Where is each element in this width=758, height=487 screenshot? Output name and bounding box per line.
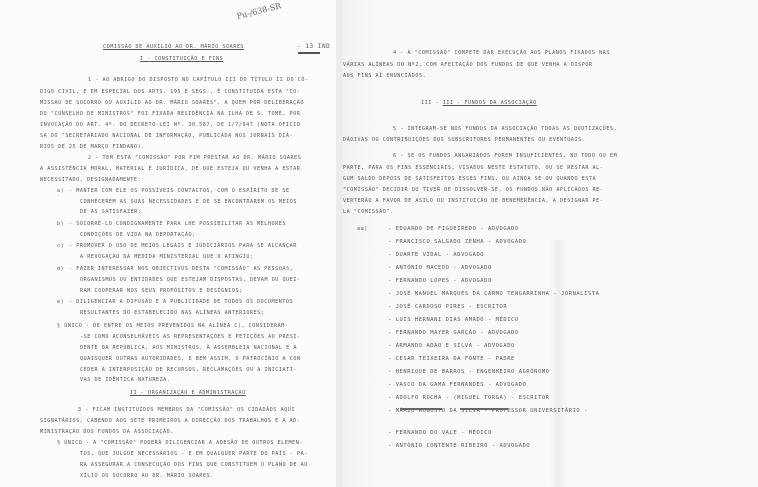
section-heading-2: II - ORGANIZAÇÃO E ADMINISTRAÇÃO bbox=[130, 390, 246, 397]
list-item: - LUIS HERNANI DIAS AMADO - MÉDICO bbox=[388, 317, 519, 323]
document-page-right: 4 - À "COMISSÃO" COMPETE DAR EXECUÇÃO AO… bbox=[343, 0, 758, 487]
list-item: - FERNANDO LOPES - ADVOGADO bbox=[388, 278, 492, 284]
list-item: - FERNANDO DO VALE - MÉDICO bbox=[388, 430, 492, 436]
list-item: - CESAR TEIXEIRA DA FONTE - PADRE bbox=[388, 356, 515, 362]
list-item: - EDUARDO DE FIGUEIREDO - ADVOGADO bbox=[388, 226, 519, 232]
list-item: - JOSÉ CARDOSO PIRES - ESCRITOR bbox=[388, 304, 507, 310]
signatures-label: aa) bbox=[357, 226, 368, 233]
strikethrough-mark bbox=[400, 408, 442, 410]
list-item: - ANTÓNIO MACEDO - ADVOGADO bbox=[388, 265, 492, 271]
list-item: - HENRIQUE DE BARROS - ENGENHEIRO AGRÓNO… bbox=[388, 369, 550, 375]
page-fold-shadow bbox=[550, 240, 568, 487]
list-item: - ANTÓNIO CONTENTE RIBEIRO - ADVOGADO bbox=[388, 443, 530, 449]
section-heading-3: III - III - FUNDOS DA ASSOCIAÇÃO bbox=[421, 100, 537, 107]
strikethrough-mark bbox=[460, 408, 508, 410]
list-item: - ADOLFO ROCHA - (MIGUEL TORGA) - ESCRIT… bbox=[388, 395, 550, 401]
page-mark-underline bbox=[298, 52, 320, 54]
list-item: - ARMANDO ADÃO E SILVA - ADVOGADO bbox=[388, 343, 515, 349]
list-item: - FERNANDO MAYER GARÇÃO - ADVOGADO bbox=[388, 330, 519, 336]
document-page-left: Pu-/638-SR COMISSÃO DE AUXÍLIO AO DR. MÁ… bbox=[0, 0, 336, 487]
list-item: - FRANCISCO SALGADO ZENHA - ADVOGADO bbox=[388, 239, 526, 245]
list-item: - VASCO DA GAMA FERNANDES - ADVOGADO bbox=[388, 382, 526, 388]
handwritten-reference: Pu-/638-SR bbox=[236, 1, 282, 21]
page-gutter bbox=[336, 0, 343, 487]
document-title: COMISSÃO DE AUXÍLIO AO DR. MÁRIO SOARES bbox=[103, 44, 244, 51]
list-item: - DUARTE VIDAL - ADVOGADO bbox=[388, 252, 484, 258]
page-mark: - 13 IND bbox=[297, 43, 330, 50]
section-heading-1: I - CONSTITUIÇÃO E FINS bbox=[140, 56, 223, 63]
